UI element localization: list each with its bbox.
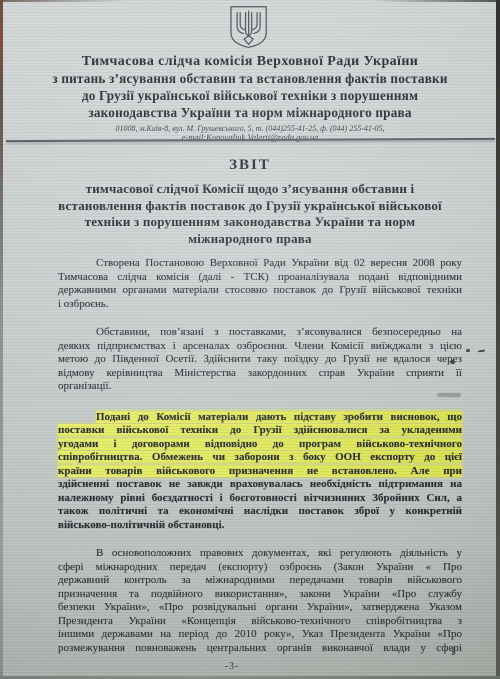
report-subtitle-line: міжнародного права: [0, 231, 500, 248]
org-name-line: законодавства України та норм міжнародно…: [10, 104, 490, 121]
text-line: Тимчасова слідча комісія (далі - ТСК) пр…: [58, 271, 462, 285]
report-title-block: ЗВІТ тимчасової слідчої Комісії щодо з’я…: [0, 157, 500, 247]
paragraph-2: Обставини, пов’язані з поставками, з’ясо…: [58, 326, 462, 394]
photo-edge-top: [0, 0, 500, 2]
text-line: належному рівні боєздатності і боєготовн…: [58, 492, 462, 506]
stray-mark: І: [451, 644, 455, 659]
text-line: безпеки України», «Про розвідувальні орг…: [58, 601, 462, 615]
highlighted-text-line: поставки військової техніки до Грузії зд…: [58, 424, 462, 438]
text-line: метою до Південної Осетії. Здійснити так…: [58, 353, 462, 367]
paragraph-1: Створена Постановою Верховної Ради Украї…: [58, 257, 462, 311]
text-line: державний контроль за міжнародними перед…: [58, 574, 462, 588]
text-line: Створена Постановою Верховної Ради Украї…: [58, 257, 462, 271]
ink-speck: [478, 350, 485, 353]
photo-edge-left: [0, 0, 3, 679]
highlighted-text-line: країни товарів військового призначення н…: [58, 465, 462, 479]
text-line: Президента України «Концепція військово-…: [58, 615, 462, 629]
text-line: розмежування повноважень центральних орг…: [58, 642, 462, 656]
report-title: ЗВІТ: [0, 157, 500, 174]
page-number: -3-: [0, 661, 464, 672]
document-page: Тимчасова слідча комісія Верховної Ради …: [0, 0, 500, 679]
report-subtitle-line: техніки з порушенням законодавства Украї…: [0, 214, 500, 231]
margin-smudge: [437, 393, 461, 397]
highlighted-text-line: угодами і договорами відповідно до прогр…: [58, 438, 462, 452]
letterhead: Тимчасова слідча комісія Верховної Ради …: [10, 53, 490, 142]
text-line: деяких підприємствах і арсеналах озброєн…: [58, 340, 462, 354]
text-line: В основоположних правових документах, як…: [58, 547, 462, 561]
coat-of-arms-icon: [226, 5, 272, 55]
text-line: призначення та подвійного використання»,…: [58, 588, 462, 602]
org-name-line: Тимчасова слідча комісія Верховної Ради …: [10, 53, 490, 70]
text-line: організації.: [58, 380, 462, 394]
report-subtitle-line: встановлення фактів поставок до Грузії у…: [0, 198, 500, 215]
text-line: також політичні та економічні наслідки п…: [58, 505, 462, 519]
text-line: Обставини, пов’язані з поставками, з’ясо…: [58, 326, 462, 340]
report-subtitle-line: тимчасової слідчої Комісії щодо з’ясуван…: [0, 181, 500, 198]
text-line: і озброєнь.: [58, 298, 462, 312]
org-name-line: з питань з’ясування обставин та встановл…: [10, 70, 490, 87]
highlighted-text-line: співробітництва. Обмежень чи заборони з …: [58, 451, 462, 465]
body-text: Створена Постановою Верховної Ради Украї…: [58, 257, 462, 670]
paragraph-3-conclusion: Подані до Комісії матеріали дають підста…: [58, 411, 462, 533]
highlighted-text-line: Подані до Комісії матеріали дають підста…: [58, 411, 462, 425]
text-line: військово-політичній обстановці.: [58, 519, 462, 533]
text-line: іншими державами на період до 2010 року»…: [58, 628, 462, 642]
paragraph-4: В основоположних правових документах, як…: [58, 547, 462, 655]
ink-speck: [466, 349, 470, 352]
document-content: Тимчасова слідча комісія Верховної Ради …: [0, 0, 500, 679]
org-name-line: до Грузії української військової техніки…: [10, 87, 490, 104]
text-line: державними органами матеріали стосовно п…: [58, 284, 462, 298]
text-line: відмову керівництва Міністерства закордо…: [58, 367, 462, 381]
text-line: здійсненні поставок не завжди враховувал…: [58, 478, 462, 492]
photo-edge-right: [496, 0, 500, 679]
text-line: сфері міжнародних передач (експорту) озб…: [58, 561, 462, 575]
